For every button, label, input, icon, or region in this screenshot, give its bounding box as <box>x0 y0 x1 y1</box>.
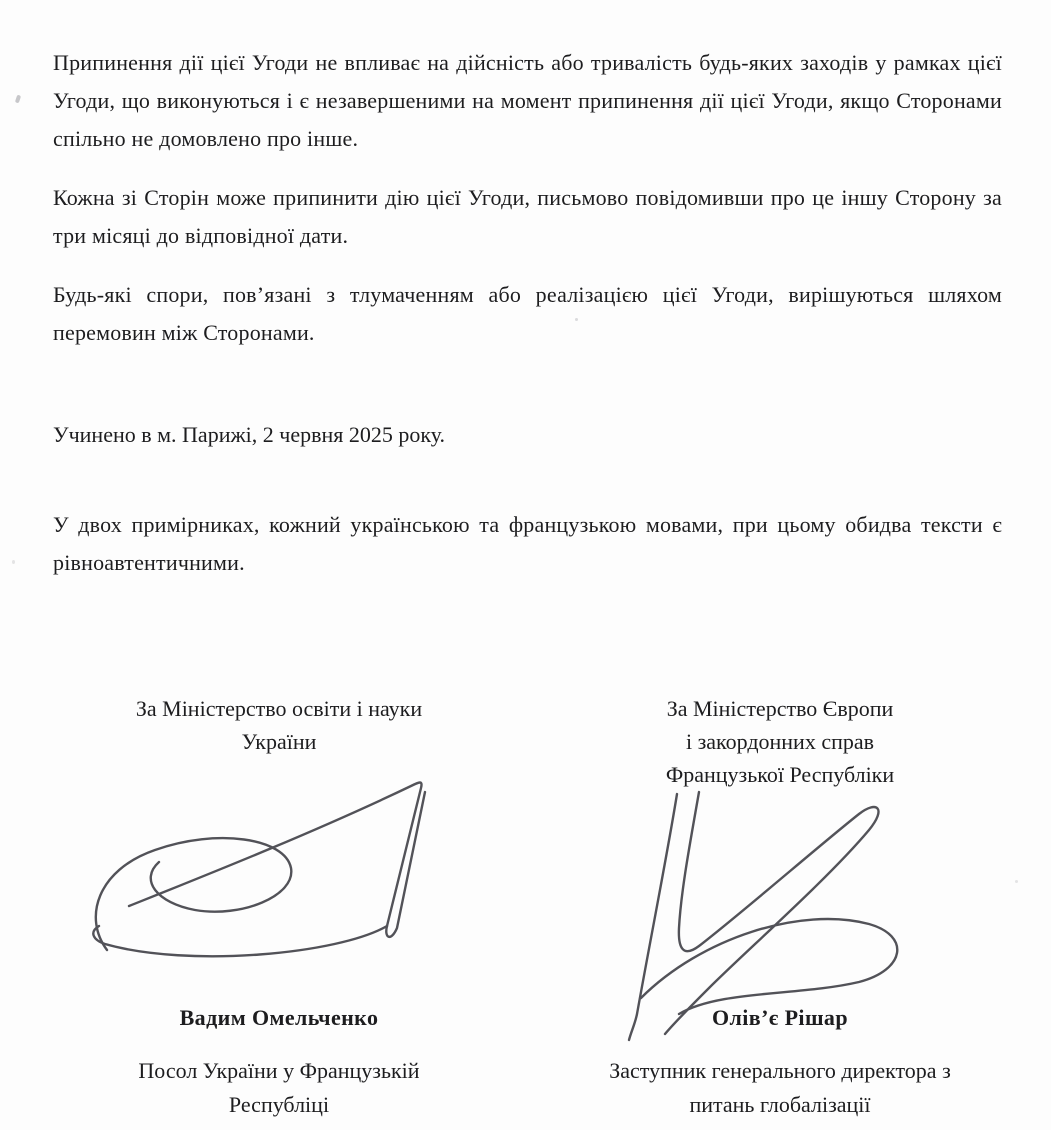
document-page: Припинення дії цієї Угоди не впливає на … <box>0 0 1051 1130</box>
signatory-block-ukraine: За Міністерство освіти і науки України В… <box>59 692 499 1122</box>
scan-speck <box>1015 880 1018 883</box>
signatory-block-france: За Міністерство Європи і закордонних спр… <box>560 692 1000 1122</box>
signatory-heading-ukraine: За Міністерство освіти і науки України <box>59 692 499 792</box>
signatory-title-ukraine: Посол України у Французькій Республіці <box>59 1054 499 1122</box>
paragraph-termination-effects: Припинення дії цієї Угоди не впливає на … <box>53 44 1002 158</box>
signature-zone-left <box>59 792 499 1004</box>
signatory-name-france: Олів’є Рішар <box>560 1004 1000 1032</box>
scan-speck <box>15 95 21 104</box>
signature-ink-left <box>69 758 489 998</box>
signatory-name-ukraine: Вадим Омельченко <box>59 1004 499 1032</box>
scan-speck <box>12 560 15 564</box>
signature-zone-right <box>560 792 1000 1004</box>
signatory-title-france: Заступник генерального директора з питан… <box>560 1054 1000 1122</box>
signature-area: За Міністерство освіти і науки України В… <box>53 692 1002 1122</box>
paragraph-dispute-resolution: Будь-які спори, пов’язані з тлумаченням … <box>53 276 1002 352</box>
counterparts-clause: У двох примірниках, кожний українською т… <box>53 506 1002 582</box>
dateline: Учинено в м. Парижі, 2 червня 2025 року. <box>53 416 1002 454</box>
signatory-heading-france: За Міністерство Європи і закордонних спр… <box>560 692 1000 792</box>
document-content: Припинення дії цієї Угоди не впливає на … <box>53 44 1002 1122</box>
paragraph-termination-notice: Кожна зі Сторін може припинити дію цієї … <box>53 179 1002 255</box>
